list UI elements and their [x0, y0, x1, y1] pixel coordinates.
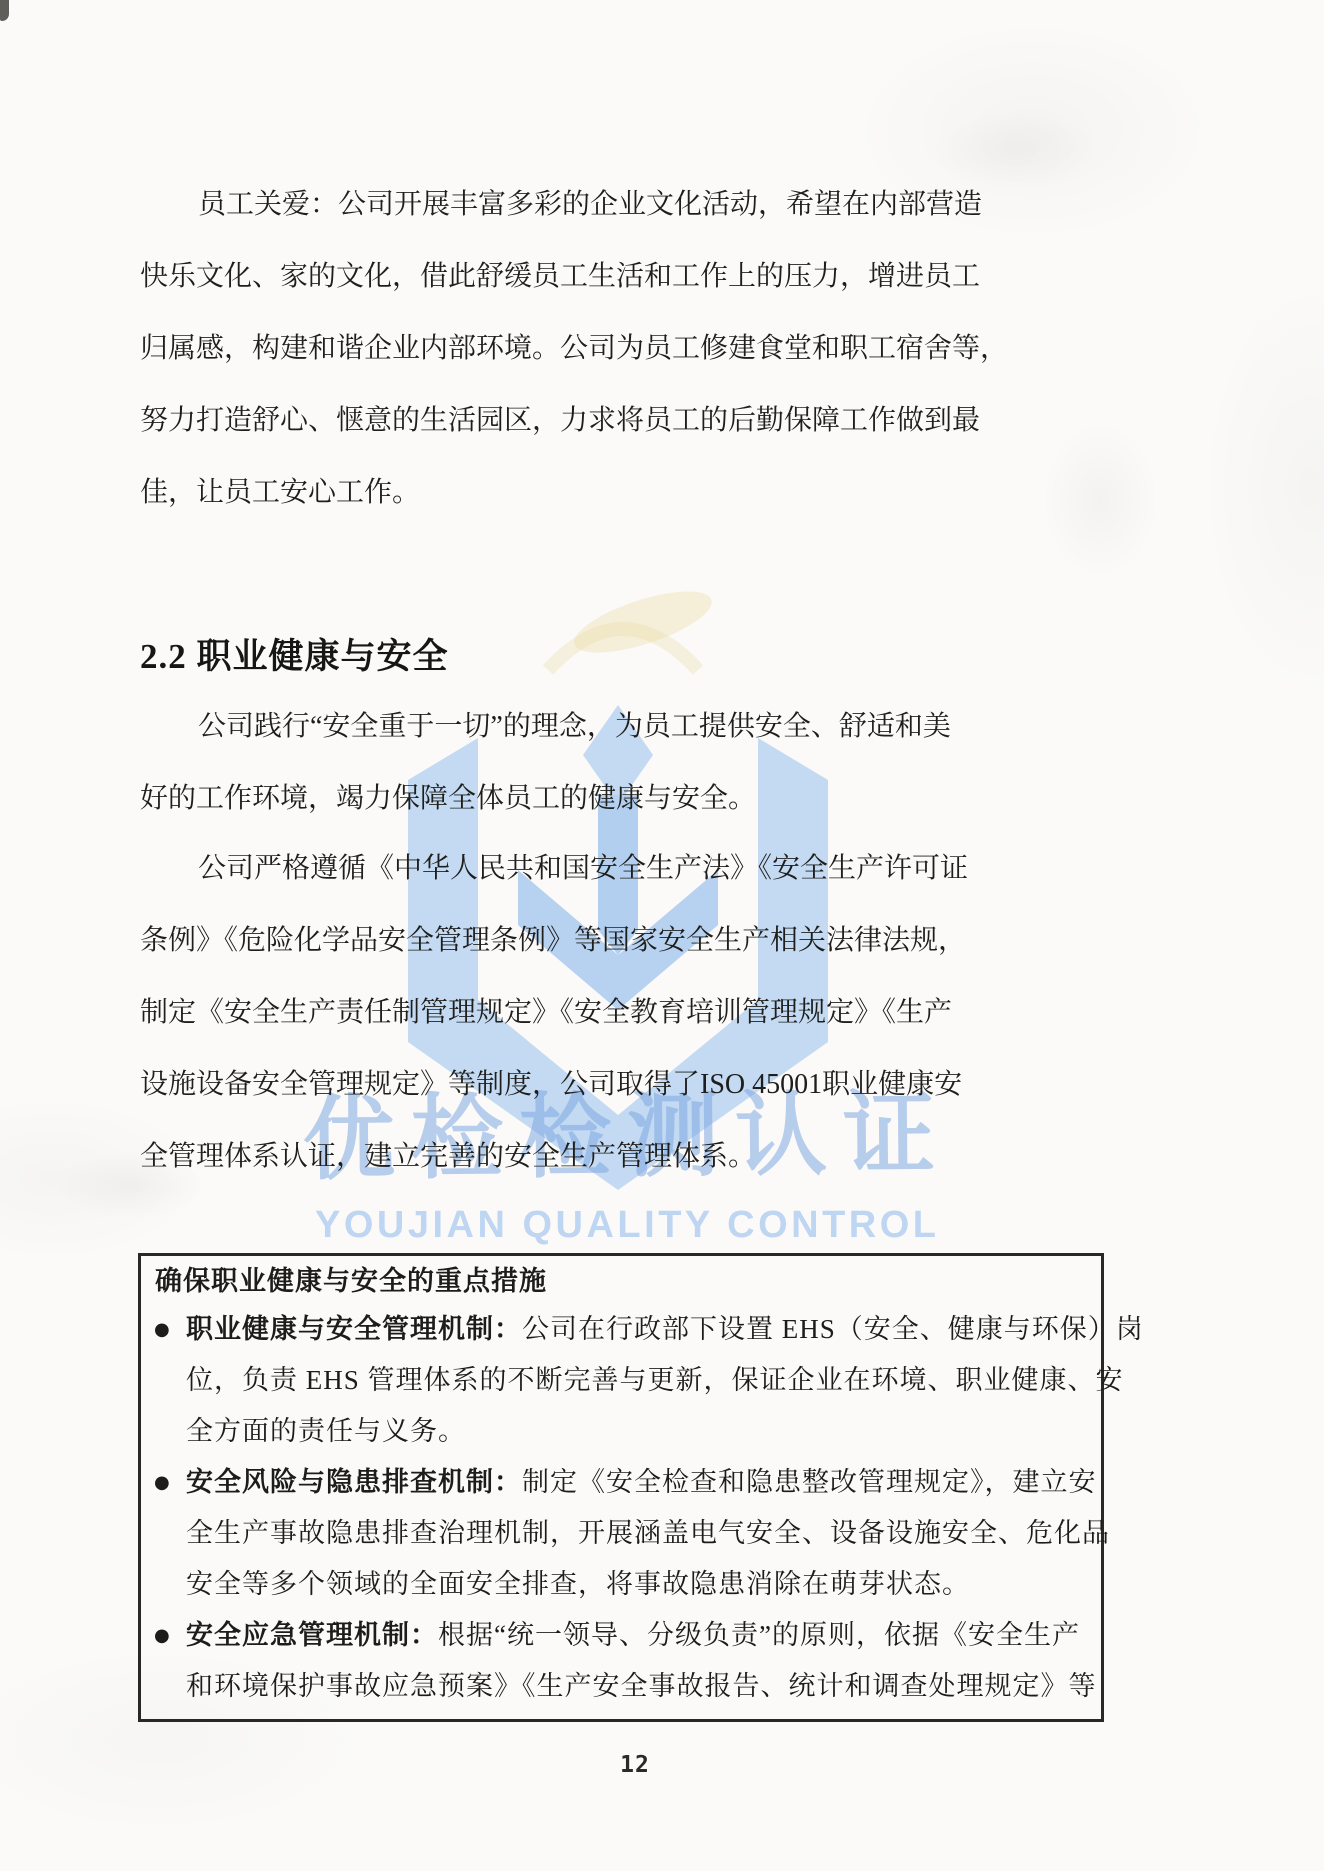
page-number: 12 [580, 1752, 690, 1778]
bullet-text: 制定《安全检查和隐患整改管理规定》，建立安 [522, 1467, 1097, 1497]
bullet-lead: 安全风险与隐患排查机制： [186, 1467, 522, 1497]
text-line: 条例》《危险化学品安全管理条例》等国家安全生产相关法律法规， [140, 905, 946, 977]
paragraph-safety-philosophy: 公司践行“安全重于一切”的理念，为员工提供安全、舒适和美 好的工作环境，竭力保障… [140, 691, 946, 835]
bullet-continuation-line: 安全等多个领域的全面安全排查，将事故隐患消除在萌芽状态。 [155, 1559, 1093, 1610]
key-measures-box: 确保职业健康与安全的重点措施 ● 职业健康与安全管理机制：公司在行政部下设置 E… [138, 1253, 1104, 1722]
paragraph-employee-care: 员工关爱：公司开展丰富多彩的企业文化活动，希望在内部营造 快乐文化、家的文化，借… [140, 169, 946, 529]
paragraph-safety-regulations: 公司严格遵循《中华人民共和国安全生产法》《安全生产许可证 条例》《危险化学品安全… [140, 833, 946, 1193]
bullet-continuation-line: 位，负责 EHS 管理体系的不断完善与更新，保证企业在环境、职业健康、安 [155, 1355, 1093, 1406]
watermark-english-text: YOUJIAN QUALITY CONTROL [315, 1204, 955, 1247]
text-line: 员工关爱：公司开展丰富多彩的企业文化活动，希望在内部营造 [140, 169, 946, 241]
text-line: 设施设备安全管理规定》等制度，公司取得了ISO 45001职业健康安 [140, 1049, 946, 1121]
bullet-line: ● 职业健康与安全管理机制：公司在行政部下设置 EHS（安全、健康与环保）岗 [155, 1304, 1093, 1355]
scan-artifact [0, 0, 9, 21]
document-page: 优检检测认证 YOUJIAN QUALITY CONTROL 员工关爱：公司开展… [0, 0, 1324, 1871]
bullet-line: ● 安全风险与隐患排查机制：制定《安全检查和隐患整改管理规定》，建立安 [155, 1457, 1093, 1508]
text-line: 努力打造舒心、惬意的生活园区，力求将员工的后勤保障工作做到最 [140, 385, 946, 457]
text-line: 公司严格遵循《中华人民共和国安全生产法》《安全生产许可证 [140, 833, 946, 905]
box-title: 确保职业健康与安全的重点措施 [155, 1258, 1093, 1304]
bullet-line: ● 安全应急管理机制：根据“统一领导、分级负责”的原则，依据《安全生产 [155, 1610, 1093, 1661]
bullet-icon: ● [154, 1457, 171, 1508]
text-line: 好的工作环境，竭力保障全体员工的健康与安全。 [140, 763, 946, 835]
text-line: 公司践行“安全重于一切”的理念，为员工提供安全、舒适和美 [140, 691, 946, 763]
text-line: 佳，让员工安心工作。 [140, 457, 946, 529]
text-line: 全管理体系认证，建立完善的安全生产管理体系。 [140, 1121, 946, 1193]
text-line: 归属感，构建和谐企业内部环境。公司为员工修建食堂和职工宿舍等， [140, 313, 946, 385]
bullet-text: 根据“统一领导、分级负责”的原则，依据《安全生产 [438, 1620, 1080, 1650]
section-heading: 2.2 职业健康与安全 [140, 629, 449, 679]
bullet-continuation-line: 全方面的责任与义务。 [155, 1406, 1093, 1457]
bullet-lead: 职业健康与安全管理机制： [186, 1314, 522, 1344]
scan-smudge [1040, 420, 1160, 580]
bullet-icon: ● [154, 1304, 171, 1355]
logo-gold-flame [568, 579, 719, 665]
text-line: 快乐文化、家的文化，借此舒缓员工生活和工作上的压力，增进员工 [140, 241, 946, 313]
text-line: 制定《安全生产责任制管理规定》《安全教育培训管理规定》《生产 [140, 977, 946, 1049]
bullet-text: 公司在行政部下设置 EHS（安全、健康与环保）岗 [522, 1314, 1144, 1344]
bullet-continuation-line: 全生产事故隐患排查治理机制，开展涵盖电气安全、设备设施安全、危化品 [155, 1508, 1093, 1559]
bullet-lead: 安全应急管理机制： [186, 1620, 438, 1650]
bullet-continuation-line: 和环境保护事故应急预案》《生产安全事故报告、统计和调查处理规定》等 [155, 1661, 1093, 1712]
bullet-icon: ● [154, 1610, 171, 1661]
